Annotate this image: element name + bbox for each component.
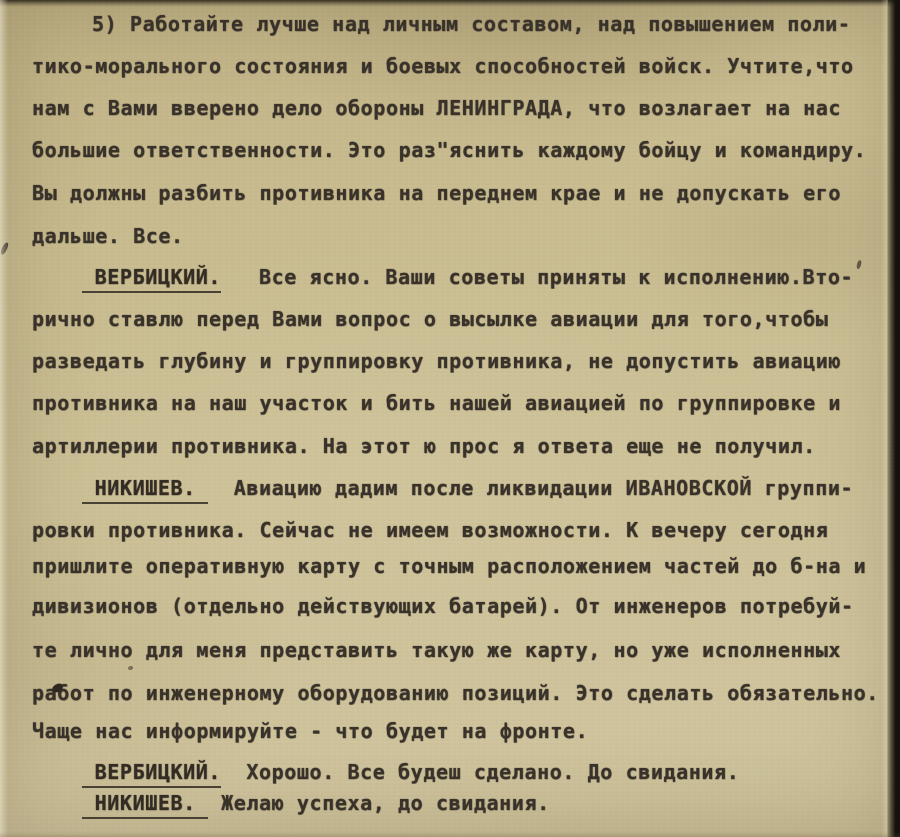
document-line: пришлите оперативную карту с точным расп… [32,553,866,579]
ink-speck [128,666,133,670]
document-line: противника на наш участок и бить нашей а… [32,390,841,416]
speaker-name-nikishev: НИКИШЕВ. [82,476,208,504]
document-line: НИКИШЕВ. Авиацию дадим после ликвидации … [82,475,853,501]
ink-speck [856,260,862,270]
document-line: 5) Работайте лучше над личным составом, … [92,11,850,37]
document-line: те лично для меня представить такую же к… [32,637,841,663]
scan-edge-bottom [0,832,900,837]
document-line: ровки противника. Сейчас не имеем возмож… [32,517,828,543]
speaker-name-verbitsky: ВЕРБИЦКИЙ. [82,265,221,293]
document-line: нам с Вами вверено дело обороны ЛЕНИНГРА… [32,95,841,121]
document-line: НИКИШЕВ. Желаю успеха, до свидания. [82,790,550,816]
document-line: работ по инженерному оборудованию позици… [32,680,879,706]
document-page: 5) Работайте лучше над личным составом, … [0,0,900,837]
document-line: артиллерии противника. На этот ю прос я … [32,433,816,459]
document-line: ВЕРБИЦКИЙ. Все ясно. Ваши советы приняты… [82,264,853,290]
speaker-name-verbitsky: ВЕРБИЦКИЙ. [82,760,221,788]
document-line: большие ответственности. Это раз"яснить … [32,137,866,163]
speaker-utterance: Все ясно. Ваши советы приняты к исполнен… [221,265,853,289]
document-line: ВЕРБИЦКИЙ. Хорошо. Все будеш сделано. До… [82,759,739,785]
document-line: тико-морального состояния и боевых спосо… [32,53,854,79]
speaker-name-nikishev: НИКИШЕВ. [82,791,208,819]
scan-edge-top [0,0,900,7]
document-line: рично ставлю перед Вами вопрос о высылке… [32,306,828,332]
speaker-utterance: Авиацию дадим после ликвидации ИВАНОВСКО… [208,476,853,500]
document-line: разведать глубину и группировку противни… [32,348,841,374]
document-line: Вы должны разбить противника на переднем… [32,180,841,206]
document-line: Чаще нас информируйте - что будет на фро… [32,718,588,744]
speaker-utterance: Желаю успеха, до свидания. [208,791,549,815]
scan-edge-right [887,0,900,837]
document-line: дальше. Все. [32,223,184,249]
document-line: дивизионов (отдельно действующих батарей… [32,593,854,619]
speaker-utterance: Хорошо. Все будеш сделано. До свидания. [221,760,739,784]
scan-edge-left [0,0,8,837]
